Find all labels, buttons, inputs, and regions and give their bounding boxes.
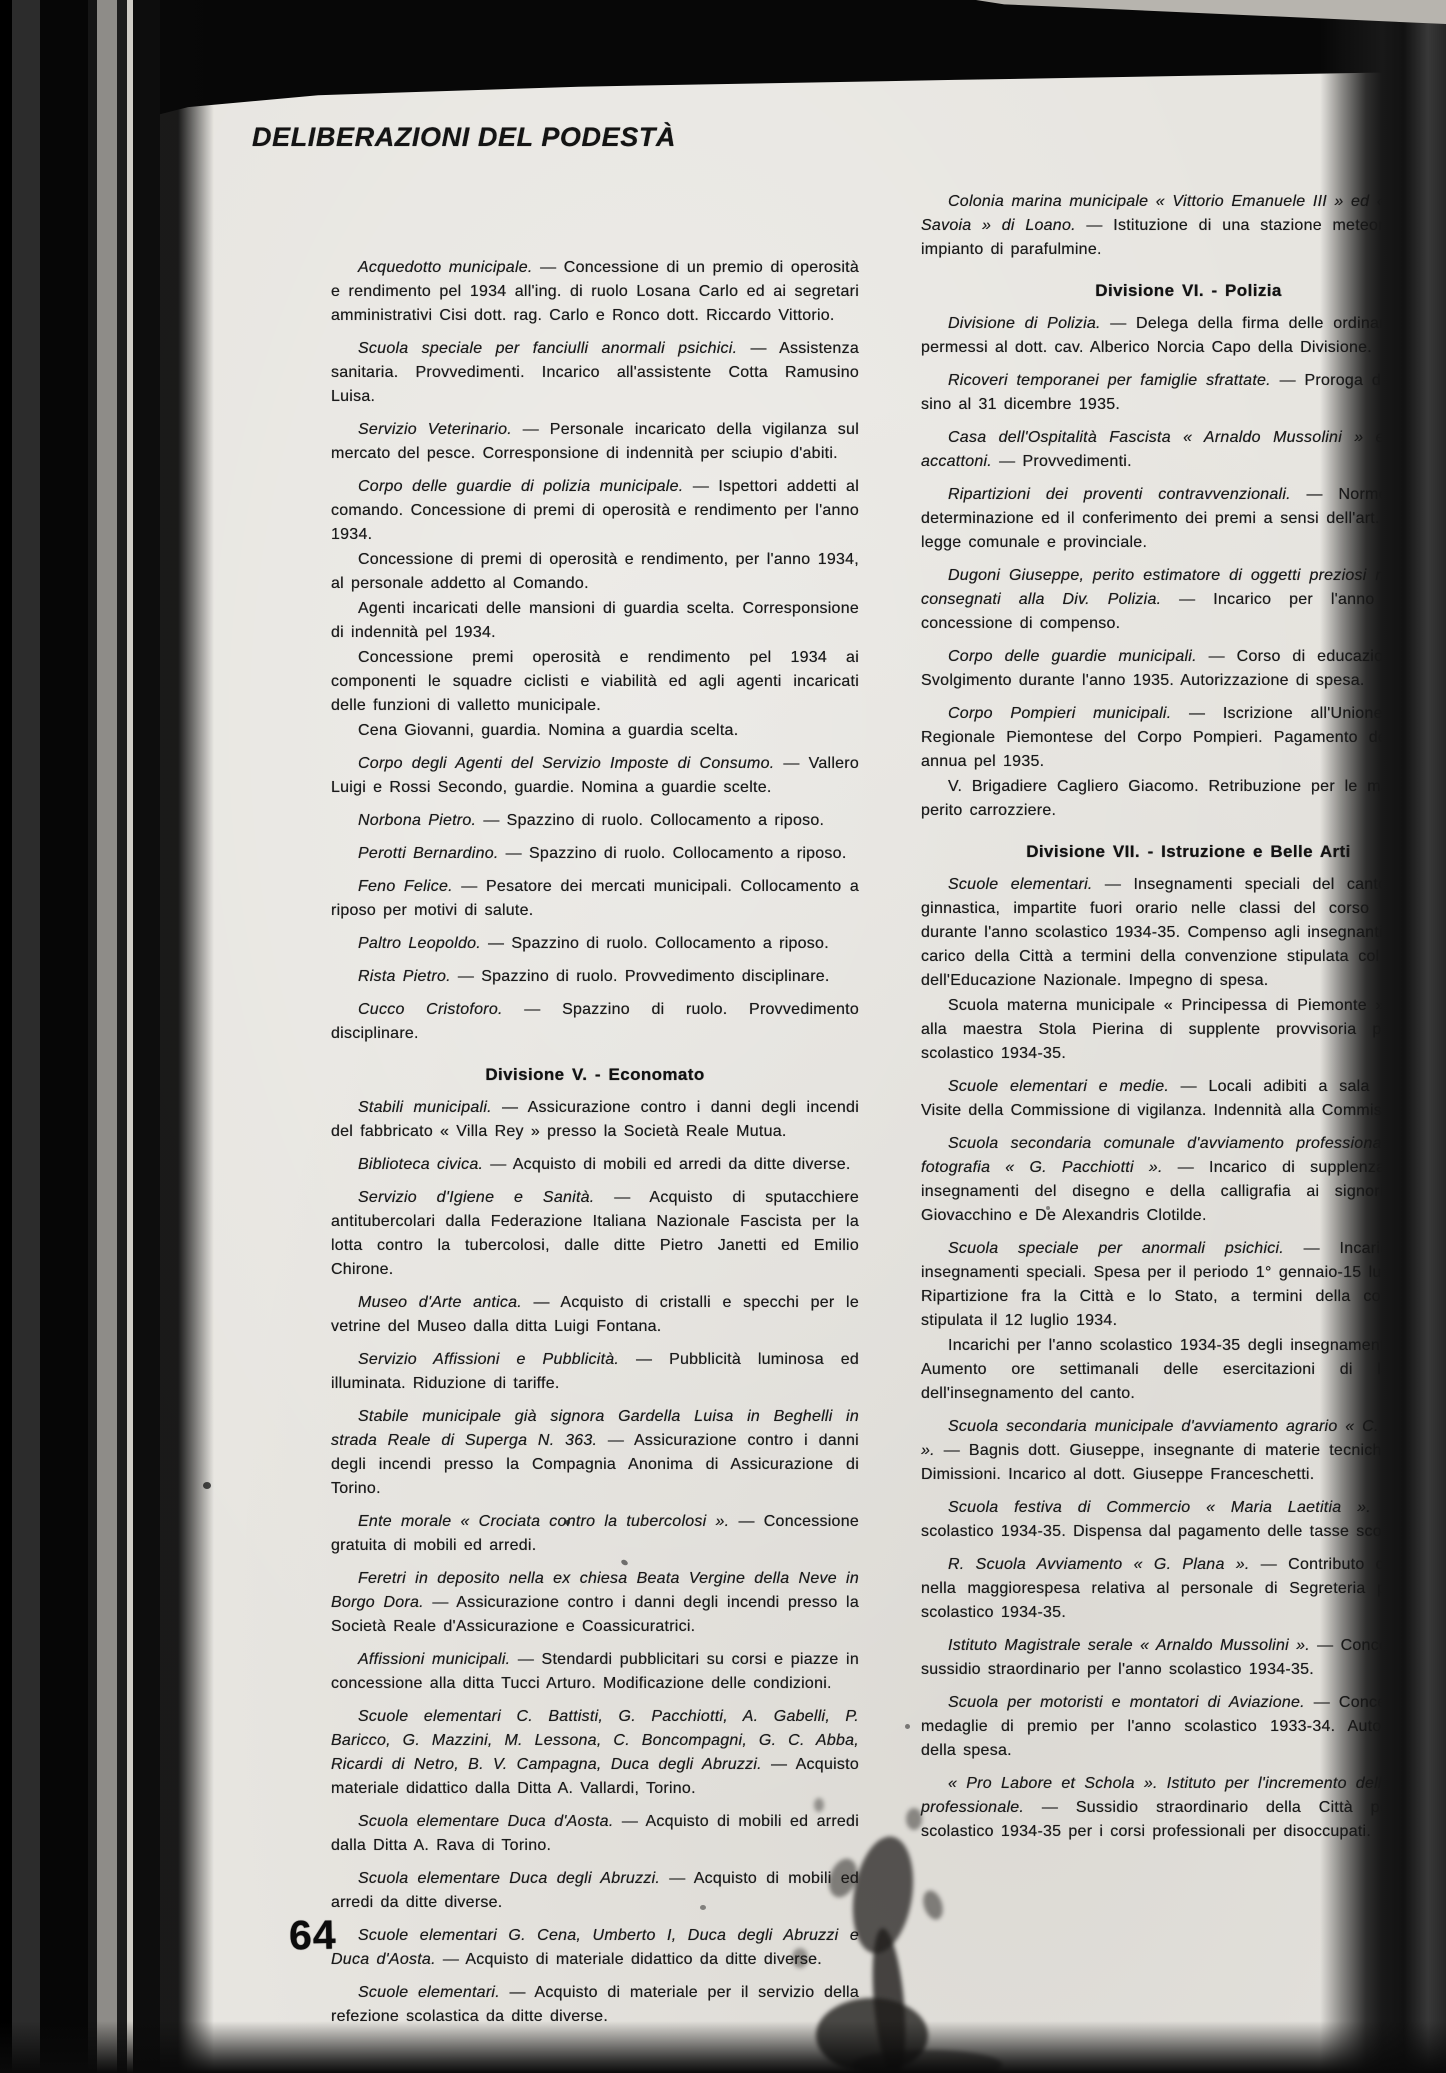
- entry-subject: Scuola per motoristi e montatori di Avia…: [948, 1694, 1314, 1711]
- entry-subject: Scuole elementari e medie.: [948, 1078, 1181, 1095]
- deliberation-entry: Scuola speciale per fanciulli anormali p…: [331, 337, 859, 409]
- deliberation-entry: Feno Felice. — Pesatore dei mercati muni…: [331, 875, 859, 923]
- scan-border-bottom: [0, 2021, 1446, 2073]
- deliberation-entry: Scuole elementari C. Battisti, G. Pacchi…: [331, 1705, 859, 1801]
- entry-subject: Ente morale « Crociata contro la tuberco…: [358, 1513, 738, 1530]
- entry-subject: Norbona Pietro.: [358, 812, 483, 829]
- entry-subject: Rista Pietro.: [358, 968, 458, 985]
- deliberation-entry: Cena Giovanni, guardia. Nomina a guardia…: [331, 719, 859, 743]
- deliberation-entry: Norbona Pietro. — Spazzino di ruolo. Col…: [331, 809, 859, 833]
- entry-subject: Servizio Veterinario.: [358, 421, 523, 438]
- entry-subject: Corpo delle guardie di polizia municipal…: [358, 478, 693, 495]
- division-heading: Divisione V. - Economato: [331, 1063, 859, 1087]
- entry-subject: Museo d'Arte antica.: [358, 1294, 534, 1311]
- entry-subject: Paltro Leopoldo.: [358, 935, 488, 952]
- entry-subject: Corpo Pompieri municipali.: [948, 705, 1189, 722]
- scan-speck: [700, 1905, 706, 1910]
- entry-body: — Acquisto di mobili ed arredi da ditte …: [490, 1156, 850, 1173]
- deliberation-entry: Paltro Leopoldo. — Spazzino di ruolo. Co…: [331, 932, 859, 956]
- entry-subject: Affissioni municipali.: [358, 1651, 518, 1668]
- entry-subject: Biblioteca civica.: [358, 1156, 490, 1173]
- entry-subject: Perotti Bernardino.: [358, 845, 506, 862]
- scan-speck: [905, 1724, 910, 1729]
- entry-body: — Spazzino di ruolo. Collocamento a ripo…: [506, 845, 847, 862]
- entry-subject: Scuole elementari.: [358, 1984, 509, 2001]
- deliberation-entry: Agenti incaricati delle mansioni di guar…: [331, 597, 859, 645]
- scan-border-left: [0, 0, 232, 2073]
- entry-subject: Servizio Affissioni e Pubblicità.: [358, 1351, 636, 1368]
- deliberation-entry: Affissioni municipali. — Stendardi pubbl…: [331, 1648, 859, 1696]
- page-title: DELIBERAZIONI DEL PODESTÀ: [252, 122, 676, 153]
- entry-body: — Spazzino di ruolo. Collocamento a ripo…: [483, 812, 824, 829]
- entry-subject: Scuola elementare Duca degli Abruzzi.: [358, 1870, 669, 1887]
- deliberation-entry: Museo d'Arte antica. — Acquisto di crist…: [331, 1291, 859, 1339]
- entry-subject: Corpo delle guardie municipali.: [948, 648, 1209, 665]
- left-column: Acquedotto municipale. — Concessione di …: [331, 256, 859, 2029]
- deliberation-entry: Stabili municipali. — Assicurazione cont…: [331, 1096, 859, 1144]
- entry-subject: R. Scuola Avviamento « G. Plana ».: [948, 1556, 1261, 1573]
- entry-subject: Scuole elementari.: [948, 876, 1105, 893]
- scan-border-right: [1320, 0, 1446, 2073]
- entry-subject: Scuola speciale per anormali psichici.: [948, 1240, 1304, 1257]
- scan-speck: [565, 1520, 570, 1525]
- entry-subject: Divisione di Polizia.: [948, 315, 1110, 332]
- deliberation-entry: Concessione di premi di operosità e rend…: [331, 548, 859, 596]
- deliberation-entry: Corpo degli Agenti del Servizio Imposte …: [331, 752, 859, 800]
- page-number: 64: [289, 1912, 337, 1960]
- deliberation-entry: Concessione premi operosità e rendimento…: [331, 646, 859, 718]
- entry-subject: Servizio d'Igiene e Sanità.: [358, 1189, 614, 1206]
- entry-body: — Provvedimenti.: [999, 453, 1132, 470]
- deliberation-entry: Cucco Cristoforo. — Spazzino di ruolo. P…: [331, 998, 859, 1046]
- deliberation-entry: Servizio Veterinario. — Personale incari…: [331, 418, 859, 466]
- entry-subject: Feno Felice.: [358, 878, 461, 895]
- entry-subject: Istituto Magistrale serale « Arnaldo Mus…: [948, 1637, 1317, 1654]
- entry-subject: Stabili municipali.: [358, 1099, 502, 1116]
- deliberation-entry: Biblioteca civica. — Acquisto di mobili …: [331, 1153, 859, 1177]
- deliberation-entry: Acquedotto municipale. — Concessione di …: [331, 256, 859, 328]
- deliberation-entry: Stabile municipale già signora Gardella …: [331, 1405, 859, 1501]
- deliberation-entry: Rista Pietro. — Spazzino di ruolo. Provv…: [331, 965, 859, 989]
- scan-speck: [1046, 1206, 1050, 1210]
- entry-body: — Spazzino di ruolo. Collocamento a ripo…: [488, 935, 829, 952]
- entry-subject: Acquedotto municipale.: [358, 259, 540, 276]
- entry-subject: Scuola speciale per fanciulli anormali p…: [358, 340, 751, 357]
- entry-body: — Spazzino di ruolo. Provvedimento disci…: [458, 968, 830, 985]
- deliberation-entry: Perotti Bernardino. — Spazzino di ruolo.…: [331, 842, 859, 866]
- deliberation-entry: Corpo delle guardie di polizia municipal…: [331, 475, 859, 547]
- deliberation-entry: Servizio d'Igiene e Sanità. — Acquisto d…: [331, 1186, 859, 1282]
- entry-subject: Ricoveri temporanei per famiglie sfratta…: [948, 372, 1280, 389]
- entry-subject: Scuola elementare Duca d'Aosta.: [358, 1813, 622, 1830]
- deliberation-entry: Ente morale « Crociata contro la tuberco…: [331, 1510, 859, 1558]
- deliberation-entry: Feretri in deposito nella ex chiesa Beat…: [331, 1567, 859, 1639]
- entry-subject: Corpo degli Agenti del Servizio Imposte …: [358, 755, 783, 772]
- entry-subject: Ripartizioni dei proventi contravvenzion…: [948, 486, 1307, 503]
- deliberation-entry: Servizio Affissioni e Pubblicità. — Pubb…: [331, 1348, 859, 1396]
- entry-subject: Cucco Cristoforo.: [358, 1001, 524, 1018]
